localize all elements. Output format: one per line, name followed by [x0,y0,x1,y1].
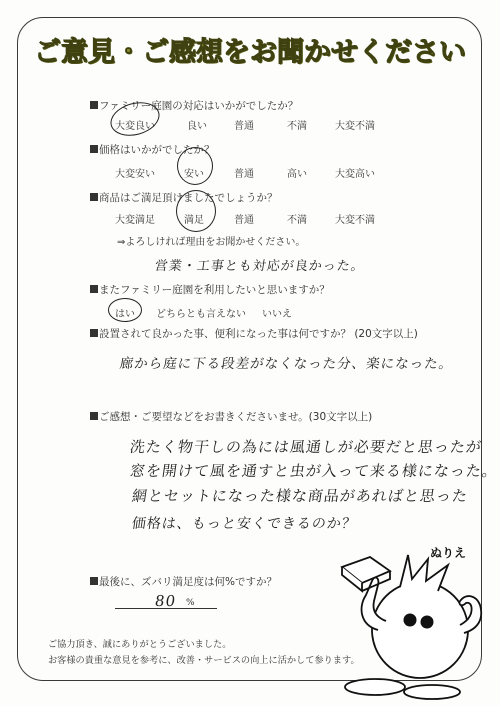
reason-answer-handwritten[interactable]: 営業・工事とも対応が良かった。 [154,255,367,274]
bullet-square-icon [90,285,98,293]
option-q4-2[interactable]: どちらとも言えない [156,305,246,320]
mascot-illustration [330,535,500,705]
option-q1-3[interactable]: 普通 [234,117,254,132]
bullet-square-icon [90,101,98,109]
option-q3-4[interactable]: 不満 [287,211,307,226]
option-q3-5[interactable]: 大変不満 [335,211,375,226]
question-6-label: ご感想・ご要望などをお書きくださいませ。(30文字以上) [90,409,372,424]
footer-message: お客様の貴重な意見を参考に、改善・サービスの向上に活かして参ります。 [48,652,360,666]
reason-prompt: ⇒よろしければ理由をお聞かせください。 [117,233,305,248]
option-q3-3[interactable]: 普通 [234,211,254,226]
footer-thanks: ご協力頂き、誠にありがとうございました。 [48,636,231,650]
selection-circle-q3 [176,190,216,232]
question-6-answer-line-3[interactable]: 網とセットになった様な商品があればと思った [131,485,470,506]
option-q1-5[interactable]: 大変不満 [335,117,375,132]
question-6-answer-line-1[interactable]: 洗たく物干しの為には風通しが必要だと思ったが [129,436,484,457]
bullet-square-icon [90,145,98,153]
question-7-label: 最後に、ズバリ満足度は何%ですか？ [90,574,277,589]
selection-circle-q2 [177,147,213,185]
question-4-label: またファミリー庭園を利用したいと思いますか？ [90,282,330,297]
bullet-square-icon [90,329,98,337]
question-6-answer-line-4[interactable]: 価格は、もっと安くできるのか？ [131,513,359,533]
page-title: ご意見・ご感想をお聞かせください [0,30,500,69]
option-q3-1[interactable]: 大変満足 [115,211,155,226]
option-q2-5[interactable]: 大変高い [335,165,375,180]
option-q2-1[interactable]: 大変安い [115,165,155,180]
question-5-label: 設置されて良かった事、便利になった事は何ですか？ (20文字以上) [90,326,418,341]
question-6-answer-line-2[interactable]: 窓を開けて風を通すと虫が入って来る様になった。 [129,460,500,481]
bullet-square-icon [90,412,98,420]
bullet-square-icon [90,577,98,585]
option-q2-3[interactable]: 普通 [234,165,254,180]
option-q2-4[interactable]: 高い [287,165,307,180]
answer-underline [115,608,217,609]
selection-circle-q4 [108,298,142,322]
option-q1-2[interactable]: 良い [187,117,207,132]
option-q4-3[interactable]: いいえ [262,305,292,320]
bullet-square-icon [90,193,98,201]
question-5-answer-handwritten[interactable]: 廊から庭に下る段差がなくなった分、楽になった。 [119,352,455,372]
option-q1-4[interactable]: 不満 [287,117,307,132]
percent-unit: % [186,598,195,608]
